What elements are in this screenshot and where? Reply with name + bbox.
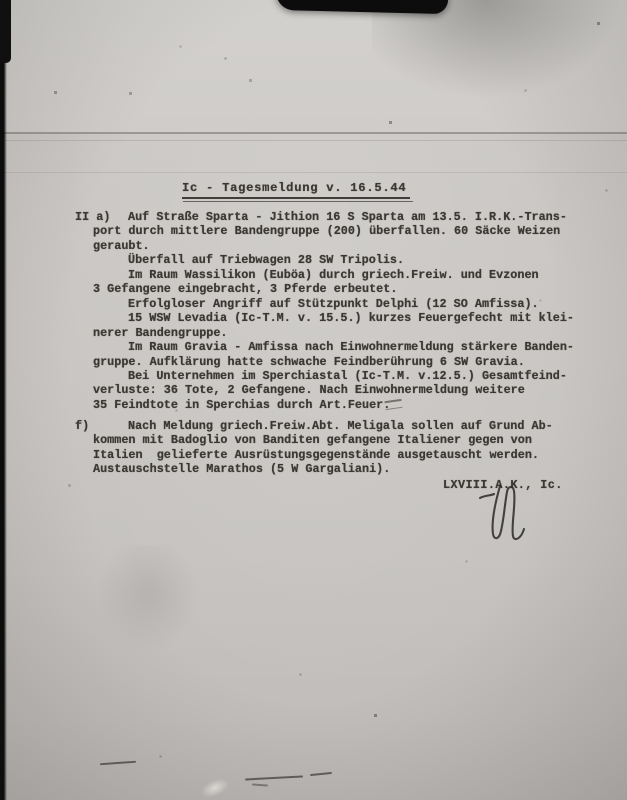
document-line: verluste: 36 Tote, 2 Gefangene. Nach Ein… — [93, 383, 583, 397]
document-line: port durch mittlere Bandengruppe (200) ü… — [93, 224, 583, 238]
report-section: II a)Auf Straße Sparta - Jithion 16 S Sp… — [93, 210, 583, 412]
paper-fold-line-secondary — [0, 140, 627, 141]
paper-crease-line — [0, 172, 627, 173]
document-line: Erfolgloser Angriff auf Stützpunkt Delph… — [93, 297, 583, 311]
scanned-document-page: Ic - Tagesmeldung v. 16.5.44 II a)Auf St… — [0, 0, 627, 800]
section-marker: f) — [75, 419, 89, 433]
paper-fold-upper-area — [0, 0, 627, 133]
paper-fold-line — [0, 132, 627, 134]
document-line: nerer Bandengruppe. — [93, 326, 583, 340]
title-underline — [182, 197, 410, 199]
scan-scratch — [252, 783, 268, 786]
document-line: 35 Feindtote in Sperchias durch Art.Feue… — [93, 398, 583, 412]
title-underline-secondary — [183, 201, 413, 202]
document-line: Nach Meldung griech.Freiw.Abt. Meligala … — [93, 419, 583, 433]
document-line: Bei Unternehmen im Sperchiastal (Ic-T.M.… — [93, 369, 583, 383]
scan-scratch — [245, 775, 303, 780]
document-line: Austauschstelle Marathos (5 W Gargaliani… — [93, 462, 583, 476]
document-line: Überfall auf Triebwagen 28 SW Tripolis. — [93, 253, 583, 267]
document-line: kommen mit Badoglio von Banditen gefange… — [93, 433, 583, 447]
document-line: 3 Gefangene eingebracht, 3 Pferde erbeut… — [93, 282, 583, 296]
scan-left-edge-top — [0, 0, 11, 63]
paper-specks — [0, 0, 1, 1]
scan-left-edge — [0, 0, 7, 800]
section-marker: II a) — [75, 210, 110, 224]
text-column: II a)Auf Straße Sparta - Jithion 16 S Sp… — [93, 210, 583, 477]
scan-scratch — [100, 761, 136, 766]
document-line: Im Raum Wassilikon (Euböa) durch griech.… — [93, 268, 583, 282]
paper-light-spot — [198, 774, 232, 800]
document-line: gruppe. Aufklärung hatte schwache Feindb… — [93, 355, 583, 369]
handwritten-signature-mark — [474, 482, 538, 548]
document-line: geraubt. — [93, 239, 583, 253]
report-title: Ic - Tagesmeldung v. 16.5.44 — [182, 180, 406, 196]
document-line: Italien gelieferte Ausrüstungsgegenständ… — [93, 448, 583, 462]
report-section: f)Nach Meldung griech.Freiw.Abt. Meligal… — [93, 419, 583, 477]
paper-smudge — [95, 545, 200, 653]
document-line: 15 WSW Levadia (Ic-T.M. v. 15.5.) kurzes… — [93, 311, 583, 325]
document-line: Im Raum Gravia - Amfissa nach Einwohnerm… — [93, 340, 583, 354]
document-line: Auf Straße Sparta - Jithion 16 S Sparta … — [93, 210, 583, 224]
scan-scratch — [310, 772, 332, 776]
